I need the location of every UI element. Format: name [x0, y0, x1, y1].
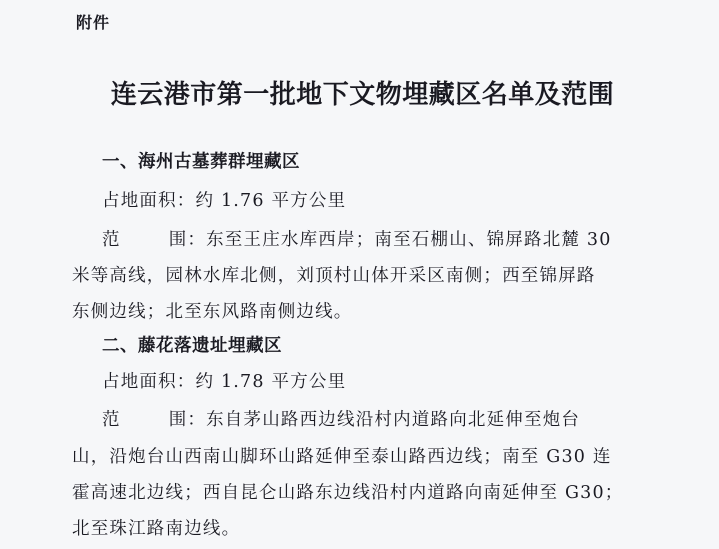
area-value: 约 1.78 平方公里 [196, 372, 347, 392]
section-1-range-line-2: 米等高线，园林水库北侧，刘顶村山体开采区南侧；西至锦屏路 [72, 262, 596, 287]
section-2-range-line-4: 北至珠江路南边线。 [72, 515, 240, 540]
area-label: 占地面积： [102, 372, 196, 392]
range-label: 围： [169, 410, 206, 430]
section-2-range-line-1: 范围：东自茅山路西边线沿村内道路向北延伸至炮台 [102, 406, 580, 431]
section-1-area: 占地面积：约 1.76 平方公里 [102, 187, 346, 212]
range-text: 东自茅山路西边线沿村内道路向北延伸至炮台 [206, 410, 580, 430]
section-1-range-line-1: 范围：东至王庄水库西岸；南至石棚山、锦屏路北麓 30 [102, 226, 612, 251]
document-page: 附件 连云港市第一批地下文物埋藏区名单及范围 一、海州古墓葬群埋藏区 占地面积：… [0, 0, 719, 549]
section-1-heading: 一、海州古墓葬群埋藏区 [102, 148, 300, 173]
range-label: 范 [102, 410, 121, 430]
section-2-range-line-3: 霍高速北边线；西自昆仑山路东边线沿村内道路向南延伸至 G30； [72, 479, 624, 504]
section-1-range-line-3: 东侧边线；北至东风路南侧边线。 [72, 298, 353, 323]
range-label: 围： [169, 230, 206, 250]
range-text: 东至王庄水库西岸；南至石棚山、锦屏路北麓 30 [206, 230, 611, 250]
section-2-area: 占地面积：约 1.78 平方公里 [102, 368, 346, 393]
area-value: 约 1.76 平方公里 [196, 191, 347, 211]
section-2-heading: 二、藤花落遗址埋藏区 [102, 332, 282, 357]
section-2-range-line-2: 山，沿炮台山西南山脚环山路延伸至泰山路西边线；南至 G30 连 [72, 443, 612, 468]
range-label: 范 [102, 230, 121, 250]
document-title: 连云港市第一批地下文物埋藏区名单及范围 [0, 74, 719, 111]
area-label: 占地面积： [102, 191, 196, 211]
attachment-label: 附件 [76, 10, 110, 33]
